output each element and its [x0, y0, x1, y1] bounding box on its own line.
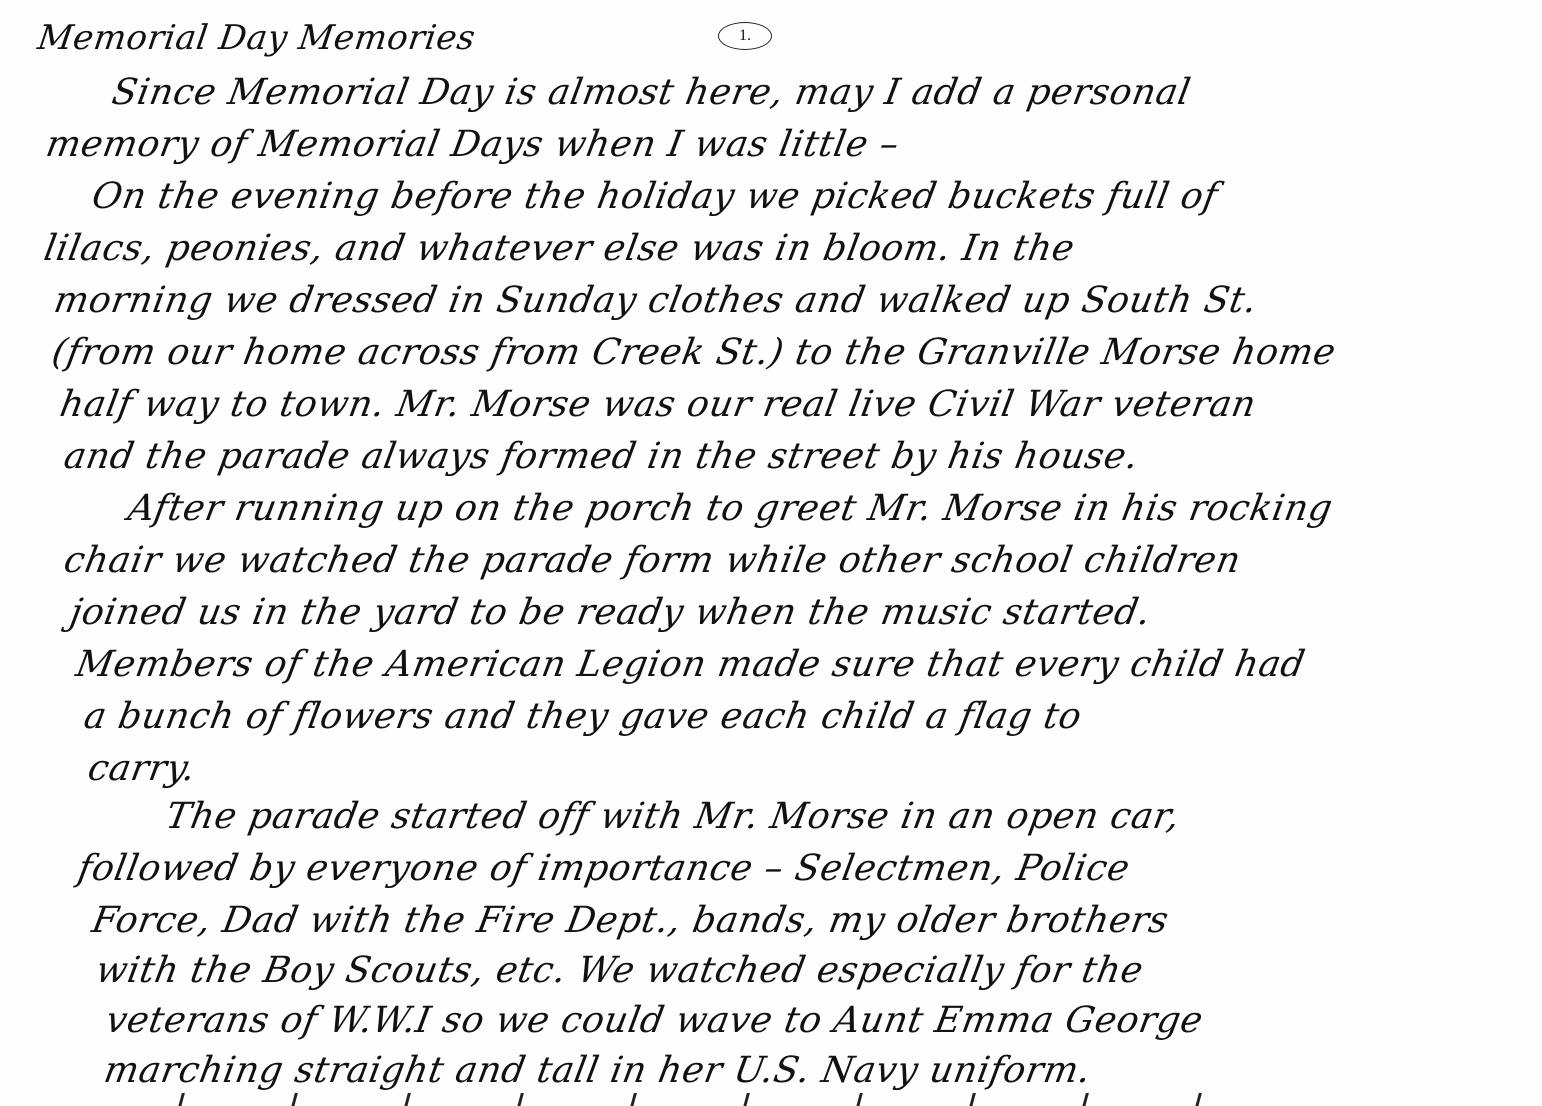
handwritten-line: with the Boy Scouts, etc. We watched esp…: [92, 946, 1147, 996]
page-number: 1.: [739, 27, 751, 45]
handwritten-line: Members of the American Legion made sure…: [72, 640, 1309, 690]
handwritten-line: chair we watched the parade form while o…: [60, 536, 1245, 586]
handwritten-line: a bunch of flowers and they gave each ch…: [80, 692, 1086, 742]
handwritten-line: joined us in the yard to be ready when t…: [66, 588, 1155, 638]
handwritten-line: (from our home across from Creek St.) to…: [48, 328, 1340, 378]
handwritten-line: marching straight and tall in her U.S. N…: [100, 1046, 1095, 1096]
handwritten-line: Force, Dad with the Fire Dept., bands, m…: [88, 896, 1173, 946]
handwritten-line: memory of Memorial Days when I was littl…: [42, 120, 903, 170]
handwritten-line: After running up on the porch to greet M…: [124, 484, 1336, 534]
handwritten-line: carry.: [84, 744, 199, 794]
handwritten-line: half way to town. Mr. Morse was our real…: [56, 380, 1260, 430]
handwritten-letter-page: Memorial Day Memories 1. Since Memorial …: [0, 0, 1542, 1106]
handwritten-line: Since Memorial Day is almost here, may I…: [108, 68, 1195, 118]
page-number-badge: 1.: [718, 22, 772, 50]
handwritten-line: The parade started off with Mr. Morse in…: [162, 792, 1184, 842]
handwritten-line: veterans of W.W.I so we could wave to Au…: [102, 996, 1207, 1046]
handwritten-line: On the evening before the holiday we pic…: [88, 172, 1222, 222]
handwritten-line: lilacs, peonies, and whatever else was i…: [40, 224, 1079, 274]
title-row: Memorial Day Memories: [38, 14, 475, 62]
handwritten-line: morning we dressed in Sunday clothes and…: [50, 276, 1261, 326]
handwritten-line: and the parade always formed in the stre…: [60, 432, 1143, 482]
document-title: Memorial Day Memories: [35, 18, 478, 58]
cut-off-line-fragment: [180, 1092, 1480, 1106]
handwritten-line: followed by everyone of importance – Sel…: [74, 844, 1134, 894]
